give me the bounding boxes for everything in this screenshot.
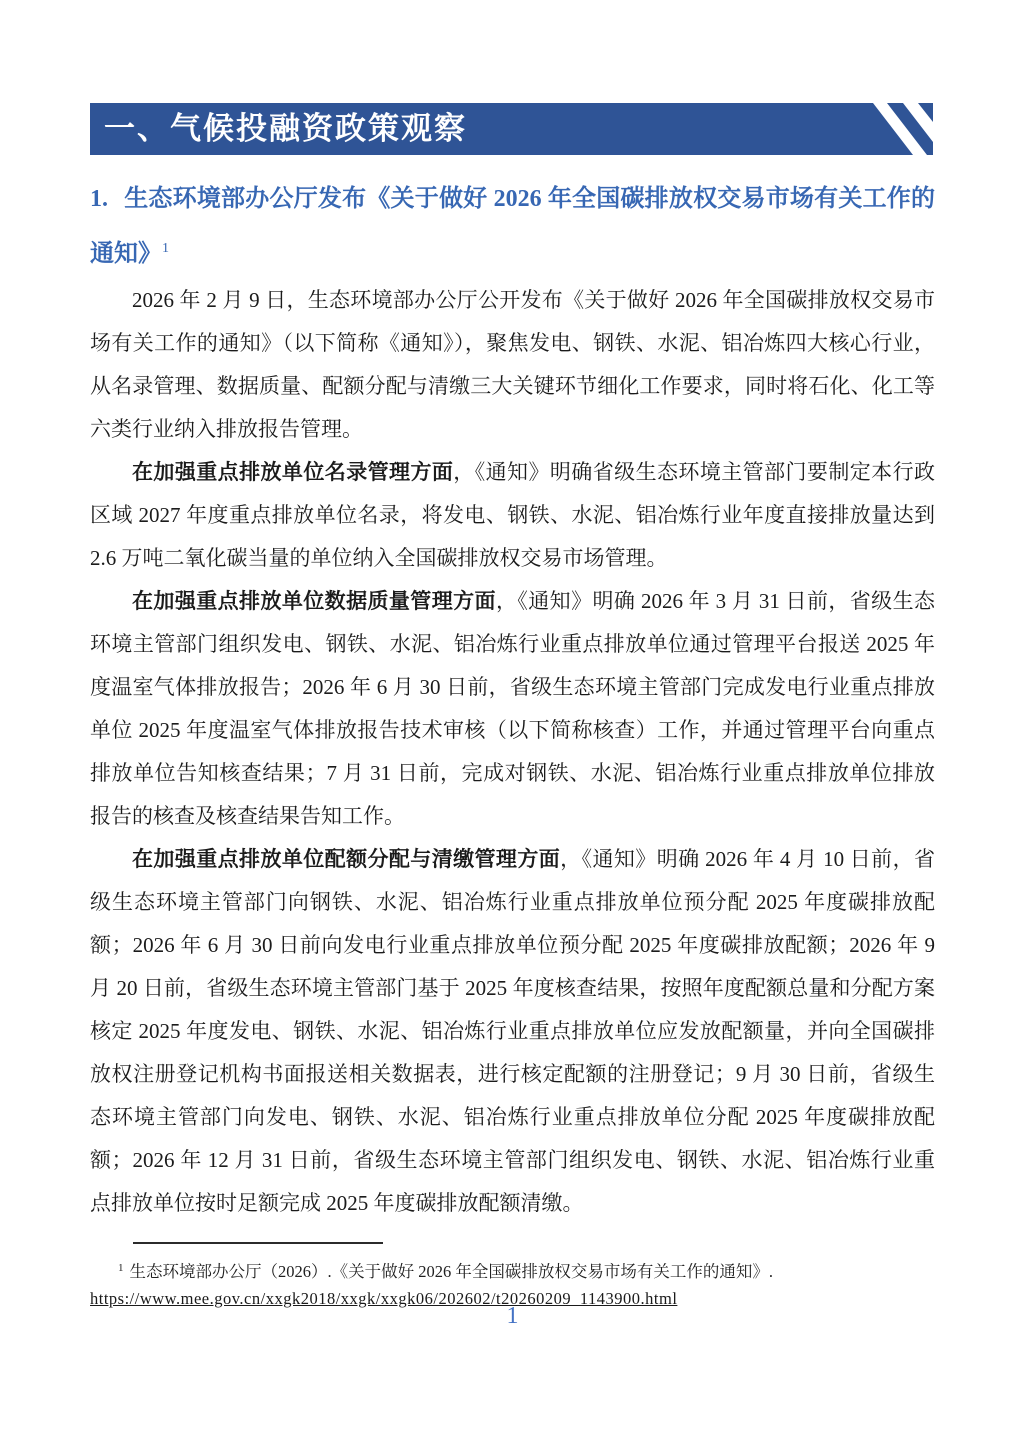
heading-text: 生态环境部办公厅发布《关于做好 2026 年全国碳排放权交易市场有关工作的通知》 [90,186,935,267]
footnote-citation: 1生态环境部办公厅（2026）.《关于做好 2026 年全国碳排放权交易市场有关… [90,1258,935,1285]
article-heading: 1.生态环境部办公厅发布《关于做好 2026 年全国碳排放权交易市场有关工作的通… [90,172,935,282]
body-paragraph: 2026 年 2 月 9 日，生态环境部办公厅公开发布《关于做好 2026 年全… [90,279,935,451]
body-paragraph: 在加强重点排放单位名录管理方面，《通知》明确省级生态环境主管部门要制定本行政区域… [90,451,935,580]
section-banner-title: 一、气候投融资政策观察 [104,103,467,155]
body-paragraph: 在加强重点排放单位数据质量管理方面，《通知》明确 2026 年 3 月 31 日… [90,580,935,838]
paragraph-text: 2026 年 2 月 9 日，生态环境部办公厅公开发布《关于做好 2026 年全… [90,288,935,441]
article-body: 2026 年 2 月 9 日，生态环境部办公厅公开发布《关于做好 2026 年全… [90,279,935,1225]
footnote-separator-line [133,1242,383,1244]
heading-footnote-ref: 1 [162,241,169,256]
paragraph-bold-lead: 在加强重点排放单位配额分配与清缴管理方面 [132,847,560,871]
banner-diagonal-stripes-decoration [865,103,933,155]
paragraph-text: ，《通知》明确 2026 年 4 月 10 日前，省级生态环境主管部门向钢铁、水… [90,847,935,1215]
paragraph-bold-lead: 在加强重点排放单位数据质量管理方面 [132,589,496,613]
paragraph-bold-lead: 在加强重点排放单位名录管理方面 [132,460,453,484]
footnote-citation-text: 生态环境部办公厅（2026）.《关于做好 2026 年全国碳排放权交易市场有关工… [130,1262,774,1281]
paragraph-text: ，《通知》明确 2026 年 3 月 31 日前，省级生态环境主管部门组织发电、… [90,589,935,828]
heading-number: 1. [90,186,108,212]
footnote-marker: 1 [118,1262,124,1274]
section-banner: 一、气候投融资政策观察 [90,103,933,155]
body-paragraph: 在加强重点排放单位配额分配与清缴管理方面，《通知》明确 2026 年 4 月 1… [90,838,935,1225]
page-number: 1 [90,1303,935,1330]
